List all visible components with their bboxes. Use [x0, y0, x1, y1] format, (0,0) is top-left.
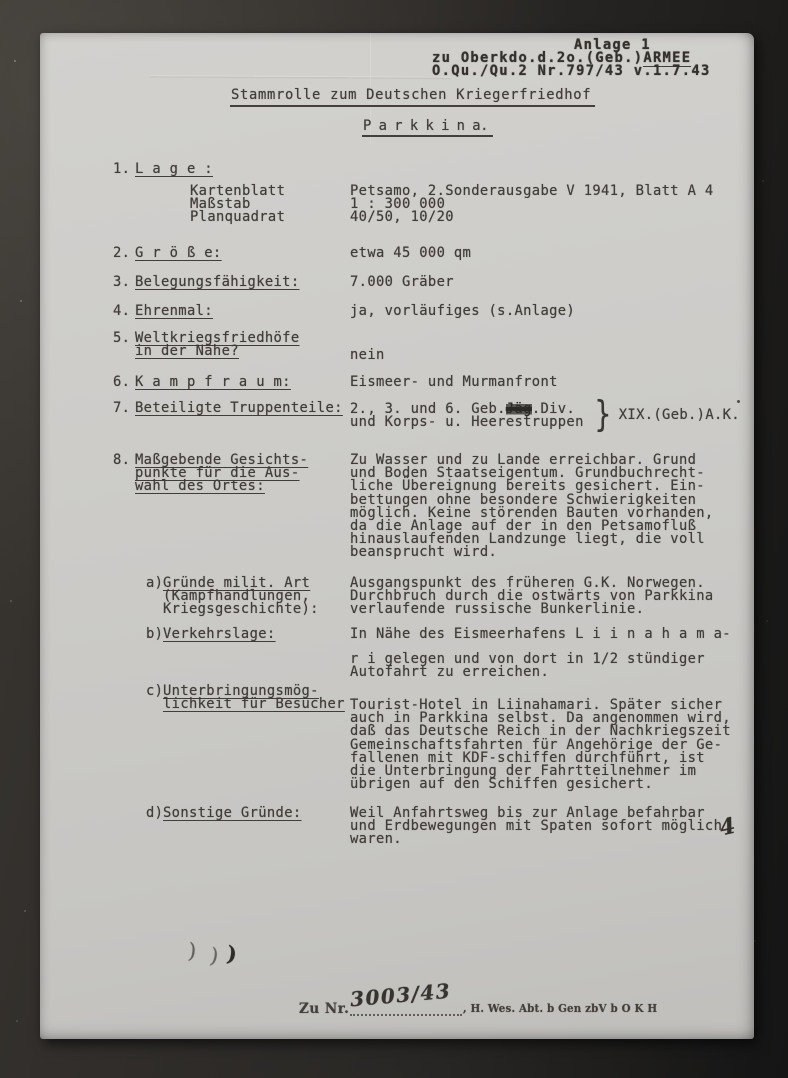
- subsection-value-block: Ausgangspunkt des früheren G.K. Norwegen…: [350, 577, 748, 617]
- section-label: G r ö ß e:: [135, 245, 222, 261]
- subsection-value-line: und Erdbewegungen mit Spaten sofort mögl…: [350, 820, 748, 833]
- subsection-value-line: waren.: [350, 833, 748, 846]
- section-label-line: wahl des Ortes:: [135, 478, 265, 494]
- section-value: nein: [350, 349, 748, 362]
- section-value-line: beansprucht wird.: [350, 546, 748, 559]
- stamp-prefix: Zu Nr.: [299, 1003, 349, 1016]
- detail-row: Planquadrat40/50, 10/20: [190, 211, 714, 224]
- title-main: Stammrolle zum Deutschen Kriegerfriedhof: [230, 89, 595, 107]
- dust-specks: [14, 60, 16, 62]
- section-value: Eismeer- und Murmanfront: [350, 376, 748, 389]
- subsection-letter: c): [146, 685, 163, 791]
- detail-value: 40/50, 10/20: [350, 211, 454, 224]
- scan-background: Anlage 1 zu Oberkdo.d.2o.(Geb.)ARMEE O.Q…: [0, 0, 788, 1078]
- section-number: 2.: [113, 247, 135, 260]
- section-label: Beteiligte Truppenteile:: [135, 400, 343, 416]
- section-number: 8.: [113, 454, 135, 560]
- subsection-label: Sonstige Gründe:: [163, 805, 302, 821]
- stamp-number-handwritten: 3003/43: [350, 985, 452, 1007]
- section-number: 6.: [113, 376, 135, 389]
- document-subtitle: P a r k k i n a.: [362, 120, 493, 137]
- paper-crease: [150, 75, 450, 78]
- header-annotation: Anlage 1 zu Oberkdo.d.2o.(Geb.)ARMEE O.Q…: [432, 39, 711, 79]
- subsection-value-line: Autofahrt zu erreichen.: [350, 666, 748, 679]
- subsection-letter: d): [146, 807, 163, 847]
- section-value: ja, vorläufiges (s.Anlage): [350, 305, 748, 318]
- brace-glyph: }: [594, 400, 611, 430]
- section-belegung: 3. Belegungsfähigkeit: 7.000 Gräber: [113, 276, 748, 289]
- subsection-b: b) Verkehrslage: In Nähe des Eismeerhafe…: [146, 628, 748, 680]
- corps-label: XIX.(Geb.)A.K.: [619, 409, 740, 422]
- subsection-letter: a): [146, 577, 163, 617]
- subsection-value-line: verlaufende russische Bunkerlinie.: [350, 603, 748, 616]
- official-stamp: Zu Nr. 3003/43 , H. Wes. Abt. b Gen zbV …: [299, 999, 668, 1016]
- section-number: 3.: [113, 276, 135, 289]
- section-truppenteile: 7. Beteiligte Truppenteile: 2., 3. und 6…: [113, 402, 748, 430]
- section-weltkriegsfriedhoefe: 5. Weltkriegsfriedhöfe in der Nähe? nein: [113, 332, 748, 362]
- detail-row: KartenblattPetsamo, 2.Sonderausgabe V 19…: [190, 185, 714, 198]
- detail-key: Planquadrat: [190, 211, 350, 224]
- subsection-label: Verkehrslage:: [163, 626, 276, 642]
- subsection-value-block: Tourist-Hotel in Liinahamari. Später sic…: [350, 699, 748, 791]
- subsection-value-line: In Nähe des Eismeerhafens L i i n a h a …: [350, 628, 748, 641]
- section-groesse: 2. G r ö ß e: etwa 45 000 qm: [113, 247, 748, 260]
- stamp-suffix: , H. Wes. Abt. b Gen zbV b O K H: [463, 1002, 657, 1015]
- title-sub: P a r k k i n a.: [362, 120, 493, 137]
- lage-details: KartenblattPetsamo, 2.Sonderausgabe V 19…: [190, 185, 714, 225]
- subsection-value-block: Weil Anfahrtsweg bis zur Anlage befahrba…: [350, 807, 748, 847]
- handwritten-check-mark: 4: [719, 820, 737, 836]
- section-value: etwa 45 000 qm: [350, 247, 748, 260]
- document-title: Stammrolle zum Deutschen Kriegerfriedhof: [230, 89, 595, 107]
- section-value-line: und Korps- u. Heerestruppen: [350, 416, 584, 429]
- subsection-c: c) Unterbringungsmög- lichkeit für Besuc…: [146, 685, 748, 791]
- section-label: L a g e :: [135, 161, 213, 177]
- section-label: Ehrenmal:: [135, 303, 213, 319]
- section-label: K a m p f r a u m:: [135, 374, 291, 390]
- section-value-block: Zu Wasser und zu Lande erreichbar. Grund…: [350, 454, 748, 560]
- section-ehrenmal: 4. Ehrenmal: ja, vorläufiges (s.Anlage): [113, 305, 748, 318]
- section-value: 7.000 Gräber: [350, 276, 748, 289]
- section-gesichtspunkte: 8. Maßgebende Gesichts- punkte für die A…: [113, 454, 748, 560]
- subsection-letter: b): [146, 628, 163, 680]
- stray-pen-mark: ): [226, 946, 238, 961]
- paper-sheet: Anlage 1 zu Oberkdo.d.2o.(Geb.)ARMEE O.Q…: [40, 33, 754, 1039]
- subsection-d: d) Sonstige Gründe: Weil Anfahrtsweg bis…: [146, 807, 748, 847]
- section-label-line: in der Nähe?: [135, 343, 239, 359]
- stray-pen-mark: ): [187, 945, 197, 959]
- section-label: Belegungsfähigkeit:: [135, 274, 299, 290]
- section-number: 1.: [113, 163, 135, 176]
- section-number: 4.: [113, 305, 135, 318]
- annotation-ref: O.Qu./Qu.2 Nr.797/43 v.1.7.43: [432, 65, 711, 78]
- section-number: 7.: [113, 402, 135, 430]
- section-number: 5.: [113, 332, 135, 362]
- subsection-value-line: übrigen auf den Schiffen gesichert.: [350, 778, 748, 791]
- stray-pen-mark: ): [209, 949, 220, 963]
- subsection-a: a) Gründe milit. Art (Kampfhandlungen, K…: [146, 577, 748, 617]
- stamp-dotted-line: 3003/43: [350, 999, 462, 1016]
- subsection-label-line: lichkeit für Besucher: [163, 696, 345, 712]
- section-kampfraum: 6. K a m p f r a u m: Eismeer- und Murma…: [113, 376, 748, 389]
- subsection-label-line: Kriegsgeschichte):: [163, 601, 319, 617]
- section-lage: 1. L a g e :: [113, 163, 748, 176]
